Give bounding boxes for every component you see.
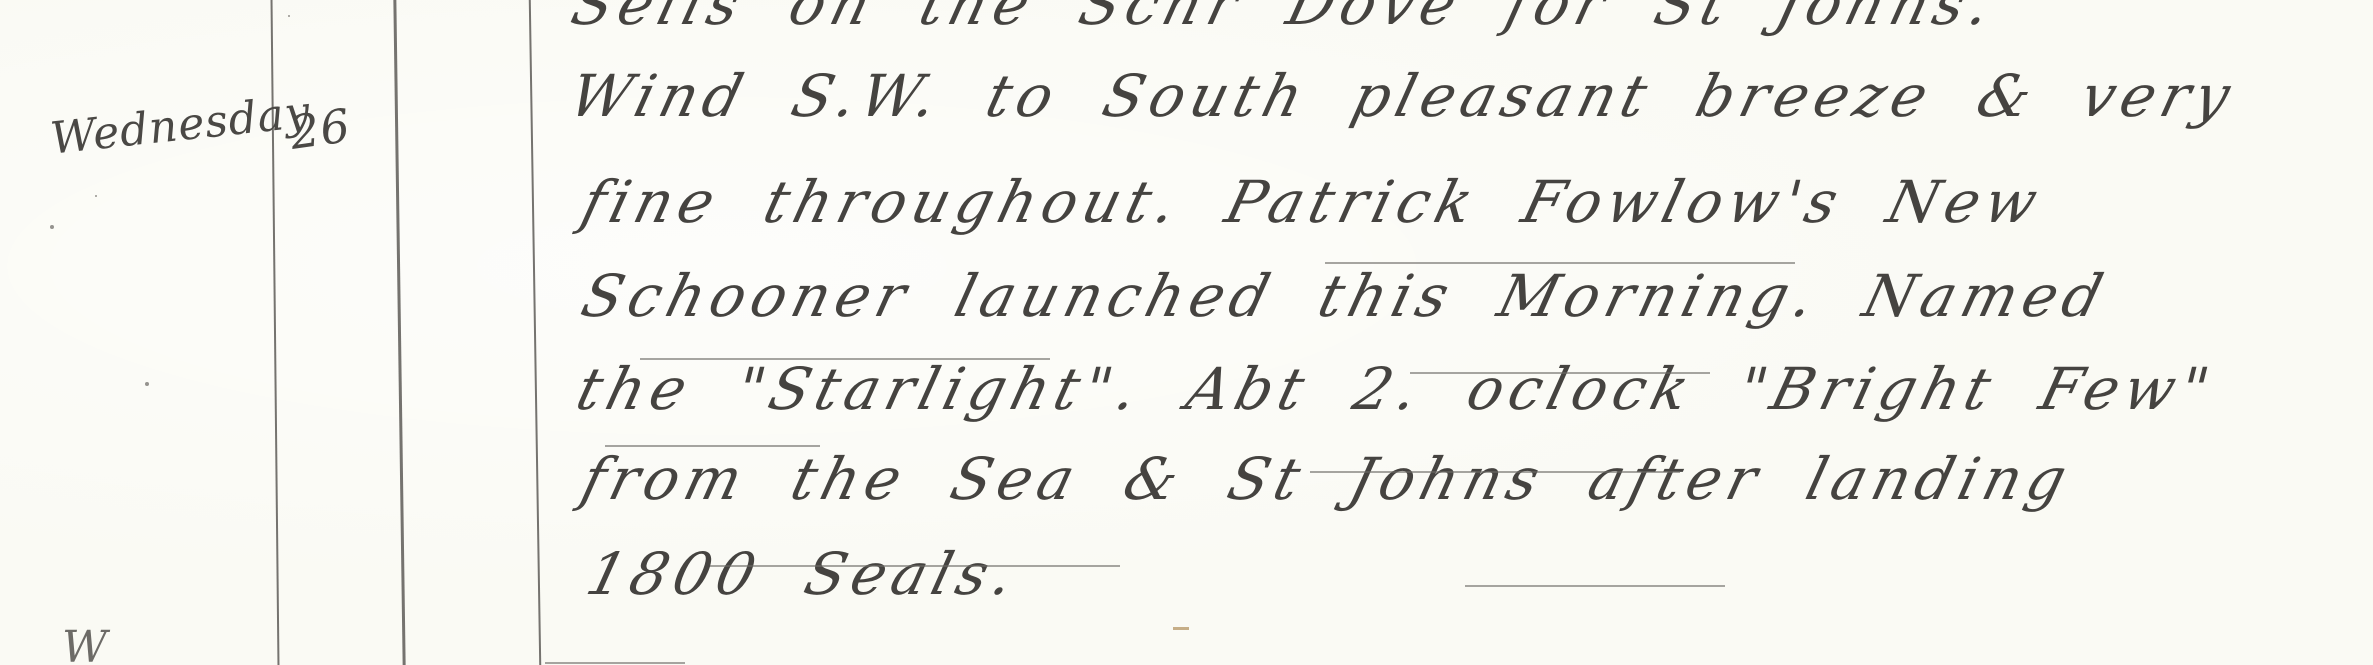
underline-this-morning bbox=[1410, 372, 1710, 374]
underline-schooner-launched bbox=[640, 358, 1050, 360]
entry-line-5: the "Starlight". Abt 2. oclock "Bright F… bbox=[570, 355, 2222, 423]
underline-1800-seals bbox=[545, 662, 685, 664]
entry-line-2: Wind S.W. to South pleasant breeze & ver… bbox=[563, 62, 2243, 130]
entry-line-3: fine throughout. Patrick Fowlow's New bbox=[575, 168, 2050, 236]
entry-line-1: Sells on the Schr Dove for St Johns. bbox=[565, 0, 2003, 38]
entry-line-7: 1800 Seals. bbox=[580, 540, 1026, 608]
entry-line-4: Schooner launched this Morning. Named bbox=[575, 262, 2115, 330]
paper-speck bbox=[288, 15, 290, 17]
underline-oclock-bright-few bbox=[1310, 471, 1680, 473]
date-weekday: Wednesday bbox=[48, 86, 313, 164]
underline-after-landing bbox=[1465, 585, 1725, 587]
ink-dash-mark bbox=[1173, 627, 1189, 630]
paper-speck bbox=[50, 225, 54, 229]
underline-starlight bbox=[605, 445, 820, 447]
paper-speck bbox=[95, 195, 97, 197]
paper-speck bbox=[145, 382, 149, 386]
margin-mark: W bbox=[62, 622, 107, 665]
column-rule-3 bbox=[529, 0, 541, 665]
date-day: 26 bbox=[287, 98, 354, 160]
date-column: Wednesday 26 bbox=[30, 40, 400, 240]
underline-the-sea bbox=[710, 565, 1120, 567]
document-page: Wednesday 26 W Sells on the Schr Dove fo… bbox=[0, 0, 2373, 665]
entry-line-6: from the Sea & St Johns after landing bbox=[575, 445, 2079, 513]
underline-patrick-fowlow bbox=[1325, 262, 1795, 264]
